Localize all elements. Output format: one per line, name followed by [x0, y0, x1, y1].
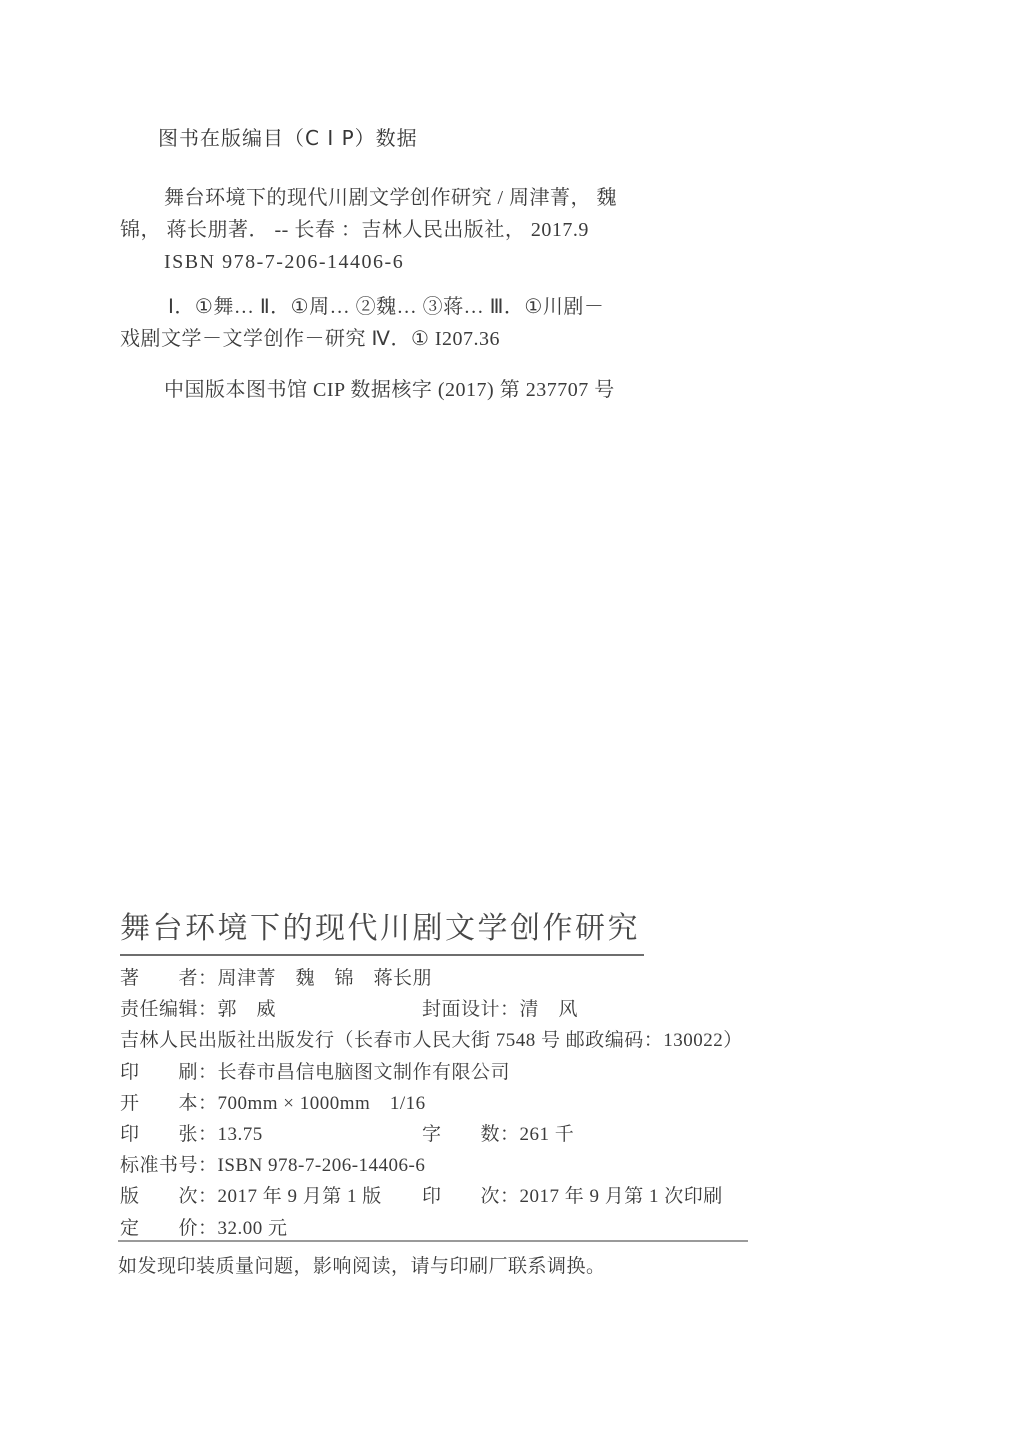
colophon-row-printer: 印 刷：长春市昌信电脑图文制作有限公司	[120, 1057, 780, 1088]
cip-isbn-line: ISBN 978-7-206-14406-6	[164, 250, 744, 274]
cip-registry-line: 中国版本图书馆 CIP 数据核字 (2017) 第 237707 号	[164, 378, 744, 402]
quality-notice: 如发现印装质量问题，影响阅读，请与印刷厂联系调换。	[118, 1252, 606, 1282]
printer-line: 印 刷：长春市昌信电脑图文制作有限公司	[120, 1062, 510, 1083]
price-line: 定 价：32.00 元	[120, 1218, 288, 1239]
publisher-line: 吉林人民出版社出版发行（长春市人民大街 7548 号 邮政编码：130022）	[120, 1030, 743, 1051]
cip-classification-line-2: 戏剧文学－文学创作－研究 Ⅳ．① I207.36	[120, 327, 700, 351]
colophon-row-author: 著 者：周津菁 魏 锦 蒋长朋	[120, 963, 780, 994]
colophon-rows: 著 者：周津菁 魏 锦 蒋长朋 责任编辑：郭 威 封面设计：清 风 吉林人民出版…	[120, 963, 780, 1244]
format-line: 开 本：700mm × 1000mm 1/16	[120, 1093, 426, 1114]
sheets-line: 印 张：13.75	[120, 1124, 263, 1145]
colophon-row-editor: 责任编辑：郭 威 封面设计：清 风	[120, 994, 780, 1025]
cip-heading: 图书在版编目（C I P）数据	[158, 126, 738, 150]
colophon-row-price: 定 价：32.00 元	[120, 1213, 780, 1244]
colophon-row-format: 开 本：700mm × 1000mm 1/16	[120, 1088, 780, 1119]
cip-record-line-2: 锦， 蒋长朋著． -- 长春 ：吉林人民出版社， 2017.9	[120, 218, 700, 242]
colophon-row-isbn: 标准书号：ISBN 978-7-206-14406-6	[120, 1150, 780, 1181]
book-copyright-page: 图书在版编目（C I P）数据 舞台环境下的现代川剧文学创作研究 / 周津菁， …	[0, 0, 1024, 1446]
standard-isbn-line: 标准书号：ISBN 978-7-206-14406-6	[120, 1155, 425, 1176]
editor-line: 责任编辑：郭 威	[120, 999, 276, 1020]
colophon-row-sheets: 印 张：13.75 字 数：261 千	[120, 1119, 780, 1150]
cip-record-line-1: 舞台环境下的现代川剧文学创作研究 / 周津菁， 魏	[164, 186, 744, 210]
colophon-row-publisher: 吉林人民出版社出版发行（长春市人民大街 7548 号 邮政编码：130022）	[120, 1025, 780, 1056]
cover-design-line: 封面设计：清 风	[422, 994, 578, 1025]
book-title: 舞台环境下的现代川剧文学创作研究	[120, 903, 644, 956]
divider-rule	[118, 1240, 748, 1242]
word-count-line: 字 数：261 千	[422, 1119, 574, 1150]
printing-line: 印 次：2017 年 9 月第 1 次印刷	[422, 1181, 723, 1212]
edition-line: 版 次：2017 年 9 月第 1 版	[120, 1186, 382, 1207]
colophon-row-edition: 版 次：2017 年 9 月第 1 版 印 次：2017 年 9 月第 1 次印…	[120, 1181, 780, 1212]
author-line: 著 者：周津菁 魏 锦 蒋长朋	[120, 968, 432, 989]
cip-classification-line-1: Ⅰ．①舞… Ⅱ．①周… ②魏… ③蒋… Ⅲ．①川剧－	[168, 295, 748, 319]
